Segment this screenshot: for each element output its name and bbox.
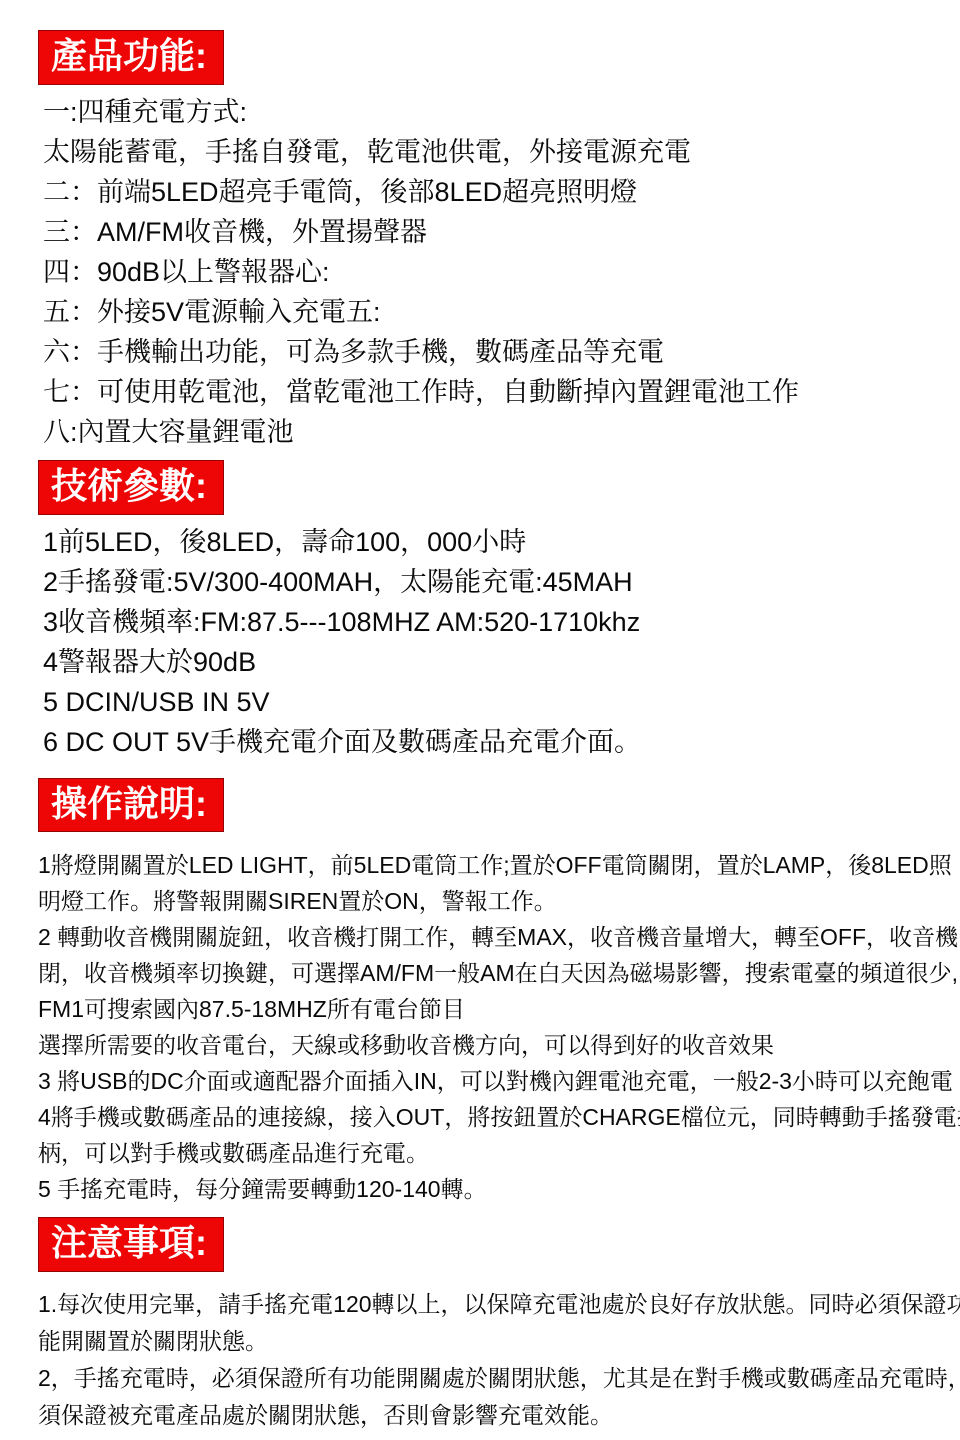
- text-line: 6 DC OUT 5V手機充電介面及數碼產品充電介面。: [38, 722, 910, 762]
- text-line: 六：手機輸出功能，可為多款手機，數碼產品等充電: [38, 332, 910, 372]
- text-line: 明燈工作。將警報開關SIREN置於ON，警報工作。: [38, 883, 910, 919]
- text-line: 須保證被充電產品處於關閉狀態，否則會影響充電效能。: [38, 1397, 910, 1434]
- text-line: 柄，可以對手機或數碼產品進行充電。: [38, 1135, 910, 1171]
- section-title-operating-instructions: 操作說明:: [38, 778, 224, 833]
- section-title-product-features: 產品功能:: [38, 30, 224, 85]
- text-line: 2，手搖充電時，必須保證所有功能開關處於關閉狀態，尤其是在對手機或數碼產品充電時…: [38, 1360, 910, 1397]
- text-line: 3 將USB的DC介面或適配器介面插入IN，可以對機內鋰電池充電，一般2-3小時…: [38, 1063, 910, 1099]
- section-title-technical-parameters: 技術參數:: [38, 460, 224, 515]
- text-line: 1前5LED，後8LED，壽命100，000小時: [38, 522, 910, 562]
- text-line: 2手搖發電:5V/300-400MAH，太陽能充電:45MAH: [38, 562, 910, 602]
- text-line: 閉，收音機頻率切換鍵，可選擇AM/FM一般AM在白天因為磁場影響，搜索電臺的頻道…: [38, 955, 910, 991]
- text-line: 五：外接5V電源輸入充電五:: [38, 292, 910, 332]
- text-line: 三：AM/FM收音機，外置揚聲器: [38, 212, 910, 252]
- text-line: 1.每次使用完畢，請手搖充電120轉以上，以保障充電池處於良好存放狀態。同時必須…: [38, 1286, 910, 1323]
- text-line: 太陽能蓄電，手搖自發電，乾電池供電，外接電源充電: [38, 132, 910, 172]
- text-line: 選擇所需要的收音電台，天線或移動收音機方向，可以得到好的收音效果: [38, 1027, 910, 1063]
- text-line: 5 手搖充電時，每分鐘需要轉動120-140轉。: [38, 1171, 910, 1207]
- text-line: 七：可使用乾電池，當乾電池工作時，自動斷掉內置鋰電池工作: [38, 372, 910, 412]
- section-operating-instructions: 操作說明: 1將燈開關置於LED LIGHT，前5LED電筒工作;置於OFF電筒…: [38, 778, 910, 1208]
- text-line: 5 DCIN/USB IN 5V: [38, 682, 910, 722]
- text-line: 1將燈開關置於LED LIGHT，前5LED電筒工作;置於OFF電筒關閉，置於L…: [38, 847, 910, 883]
- section-header-operating-instructions: 操作說明:: [38, 778, 910, 833]
- section-product-features: 產品功能: 一:四種充電方式: 太陽能蓄電，手搖自發電，乾電池供電，外接電源充電…: [38, 30, 910, 452]
- section-header-technical-parameters: 技術參數:: [38, 460, 910, 515]
- text-line: 四：90dB以上警報器心:: [38, 252, 910, 292]
- text-line: 4將手機或數碼產品的連接線，接入OUT，將按鈕置於CHARGE檔位元，同時轉動手…: [38, 1099, 910, 1135]
- section-header-precautions: 注意事項:: [38, 1217, 910, 1272]
- text-line: 3收音機頻率:FM:87.5---108MHZ AM:520-1710khz: [38, 602, 910, 642]
- text-line: 4警報器大於90dB: [38, 642, 910, 682]
- section-header-product-features: 產品功能:: [38, 30, 910, 85]
- text-line: 八:內置大容量鋰電池: [38, 412, 910, 452]
- product-description-page: 產品功能: 一:四種充電方式: 太陽能蓄電，手搖自發電，乾電池供電，外接電源充電…: [0, 0, 960, 1434]
- text-line: 一:四種充電方式:: [38, 92, 910, 132]
- section-technical-parameters: 技術參數: 1前5LED，後8LED，壽命100，000小時 2手搖發電:5V/…: [38, 460, 910, 762]
- section-title-precautions: 注意事項:: [38, 1217, 224, 1272]
- text-line: 2 轉動收音機開關旋鈕，收音機打開工作，轉至MAX，收音機音量增大，轉至OFF，…: [38, 919, 910, 955]
- section-precautions: 注意事項: 1.每次使用完畢，請手搖充電120轉以上，以保障充電池處於良好存放狀…: [38, 1217, 910, 1434]
- text-line: 能開關置於關閉狀態。: [38, 1323, 910, 1360]
- text-line: 二：前端5LED超亮手電筒，後部8LED超亮照明燈: [38, 172, 910, 212]
- text-line: FM1可搜索國內87.5-18MHZ所有電台節目: [38, 991, 910, 1027]
